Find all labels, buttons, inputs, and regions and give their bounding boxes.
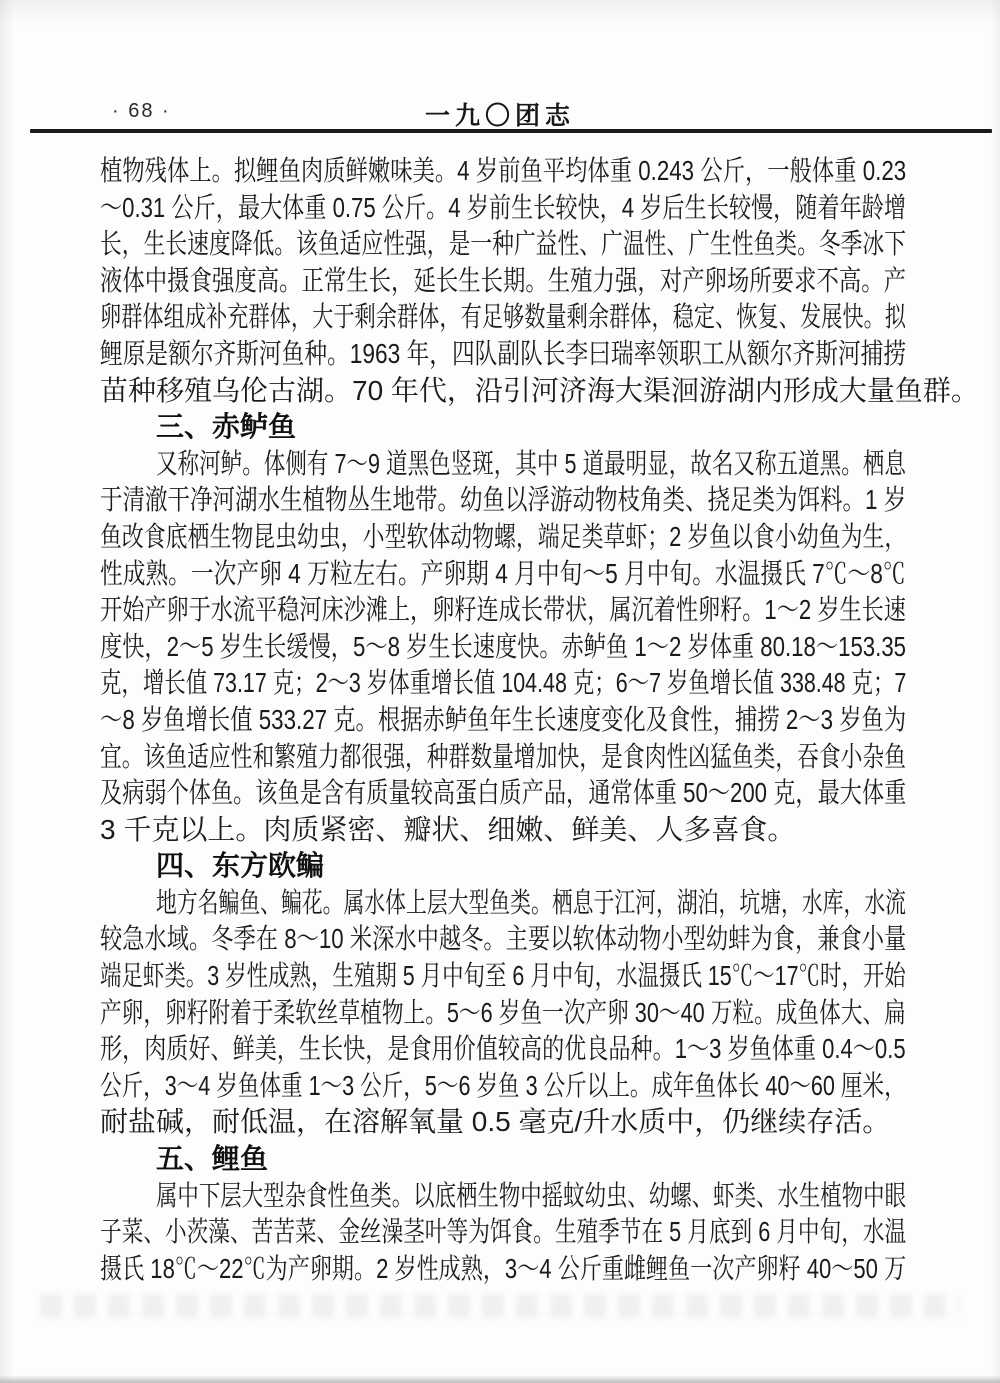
- text-line: 耐盐碱，耐低温，在溶解氧量 0.5 毫克/升水质中，仍继续存活。: [100, 1104, 906, 1141]
- text-line: 液体中摄食强度高。正常生长，延长生长期。生殖力强，对产卵场所要求不高。产: [100, 263, 906, 300]
- text-line: 性成熟。一次产卵 4 万粒左右。产卵期 4 月中旬～5 月中旬。水温摄氏 7℃～…: [100, 556, 906, 593]
- text-line: 于清澈干净河湖水生植物丛生地带。幼鱼以浮游动物枝角类、挠足类为饵料。1 岁: [100, 482, 906, 519]
- scan-artifact-bottom-edge: [0, 1375, 1000, 1383]
- text-line: 卵群体组成补充群体，大于剩余群体，有足够数量剩余群体，稳定、恢复、发展快。拟: [100, 299, 906, 336]
- text-line: 端足虾类。3 岁性成熟，生殖期 5 月中旬至 6 月中旬，水温摄氏 15℃～17…: [100, 958, 906, 995]
- section-heading-3: 三、赤鲈鱼: [100, 409, 906, 446]
- scan-artifact-right-shadow: [990, 0, 1000, 1383]
- text-line: 长，生长速度降低。该鱼适应性强，是一种广益性、广温性、广生性鱼类。冬季冰下: [100, 226, 906, 263]
- section-chi-lu-yu: 三、赤鲈鱼 又称河鲈。体侧有 7～9 道黑色竖斑，其中 5 道最明显，故名又称五…: [100, 409, 906, 848]
- text-line: ～0.31 公斤，最大体重 0.75 公斤。4 岁前生长较快，4 岁后生长较慢，…: [100, 190, 906, 227]
- header-title: 一九〇团志: [0, 96, 1000, 132]
- text-line: 形，肉质好、鲜美，生长快，是食用价值较高的优良品种。1～3 岁鱼体重 0.4～0…: [100, 1031, 906, 1068]
- scan-artifact-left-shadow: [0, 0, 14, 1383]
- section-heading-4: 四、东方欧鳊: [100, 848, 906, 885]
- header-rule-divider: [30, 129, 992, 133]
- body-text: 植物残体上。拟鲤鱼肉质鲜嫩味美。4 岁前鱼平均体重 0.243 公斤，一般体重 …: [100, 153, 906, 1287]
- text-line: 产卵，卵籽附着于柔软丝草植物上。5～6 岁鱼一次产卵 30～40 万粒。成鱼体大…: [100, 995, 906, 1032]
- section-li-yu: 五、鲤鱼 属中下层大型杂食性鱼类。以底栖生物中摇蚊幼虫、幼螺、虾类、水生植物中眼…: [100, 1141, 906, 1287]
- text-line: 鱼改食底栖生物昆虫幼虫，小型软体动物螺，端足类草虾；2 岁鱼以食小幼鱼为生，: [100, 519, 906, 556]
- text-line: 苗种移殖乌伦古湖。70 年代，沿引河济海大渠洄游湖内形成大量鱼群。: [100, 373, 906, 410]
- scan-artifact-bleedthrough-text: [40, 1294, 960, 1318]
- text-line: 又称河鲈。体侧有 7～9 道黑色竖斑，其中 5 道最明显，故名又称五道黑。栖息: [100, 446, 906, 483]
- text-line: 开始产卵于水流平稳河床沙滩上，卵籽连成长带状，属沉着性卵籽。1～2 岁生长速: [100, 592, 906, 629]
- text-line: 克，增长值 73.17 克；2～3 岁体重增长值 104.48 克；6～7 岁鱼…: [100, 665, 906, 702]
- text-line: 地方名鳊鱼、鳊花。属水体上层大型鱼类。栖息于江河，湖泊，坑塘，水库，水流: [100, 885, 906, 922]
- scanned-book-page: · 68 · 一九〇团志 植物残体上。拟鲤鱼肉质鲜嫩味美。4 岁前鱼平均体重 0…: [0, 0, 1000, 1383]
- section-dong-fang-ou-bian: 四、东方欧鳊 地方名鳊鱼、鳊花。属水体上层大型鱼类。栖息于江河，湖泊，坑塘，水库…: [100, 848, 906, 1141]
- text-line: ～8 岁鱼增长值 533.27 克。根据赤鲈鱼年生长速度变化及食性，捕捞 2～3…: [100, 702, 906, 739]
- section-intro-continuation: 植物残体上。拟鲤鱼肉质鲜嫩味美。4 岁前鱼平均体重 0.243 公斤，一般体重 …: [100, 153, 906, 409]
- text-line: 较急水域。冬季在 8～10 米深水中越冬。主要以软体动物小型幼蚌为食，兼食小量: [100, 921, 906, 958]
- section-heading-5: 五、鲤鱼: [100, 1141, 906, 1178]
- text-line: 属中下层大型杂食性鱼类。以底栖生物中摇蚊幼虫、幼螺、虾类、水生植物中眼: [100, 1178, 906, 1215]
- text-line: 宜。该鱼适应性和繁殖力都很强，种群数量增加快，是食肉性凶猛鱼类，吞食小杂鱼: [100, 739, 906, 776]
- page-header: · 68 · 一九〇团志: [0, 96, 1000, 130]
- text-line: 度快，2～5 岁生长缓慢，5～8 岁生长速度快。赤鲈鱼 1～2 岁体重 80.1…: [100, 629, 906, 666]
- scan-artifact-top-shadow: [0, 0, 1000, 26]
- text-line: 子菜、小茨藻、苦苦菜、金丝澡茎叶等为饵食。生殖季节在 5 月底到 6 月中旬，水…: [100, 1214, 906, 1251]
- text-line: 植物残体上。拟鲤鱼肉质鲜嫩味美。4 岁前鱼平均体重 0.243 公斤，一般体重 …: [100, 153, 906, 190]
- text-line: 公斤，3～4 岁鱼体重 1～3 公斤，5～6 岁鱼 3 公斤以上。成年鱼体长 4…: [100, 1068, 906, 1105]
- text-line: 摄氏 18℃～22℃为产卵期。2 岁性成熟，3～4 公斤重雌鲤鱼一次产卵籽 40…: [100, 1251, 906, 1288]
- text-line: 3 千克以上。肉质紧密、瓣状、细嫩、鲜美、人多喜食。: [100, 812, 906, 849]
- text-line: 鲤原是额尔齐斯河鱼种。1963 年，四队副队长李曰瑞率领职工从额尔齐斯河捕捞: [100, 336, 906, 373]
- text-line: 及病弱个体鱼。该鱼是含有质量较高蛋白质产品，通常体重 50～200 克，最大体重: [100, 775, 906, 812]
